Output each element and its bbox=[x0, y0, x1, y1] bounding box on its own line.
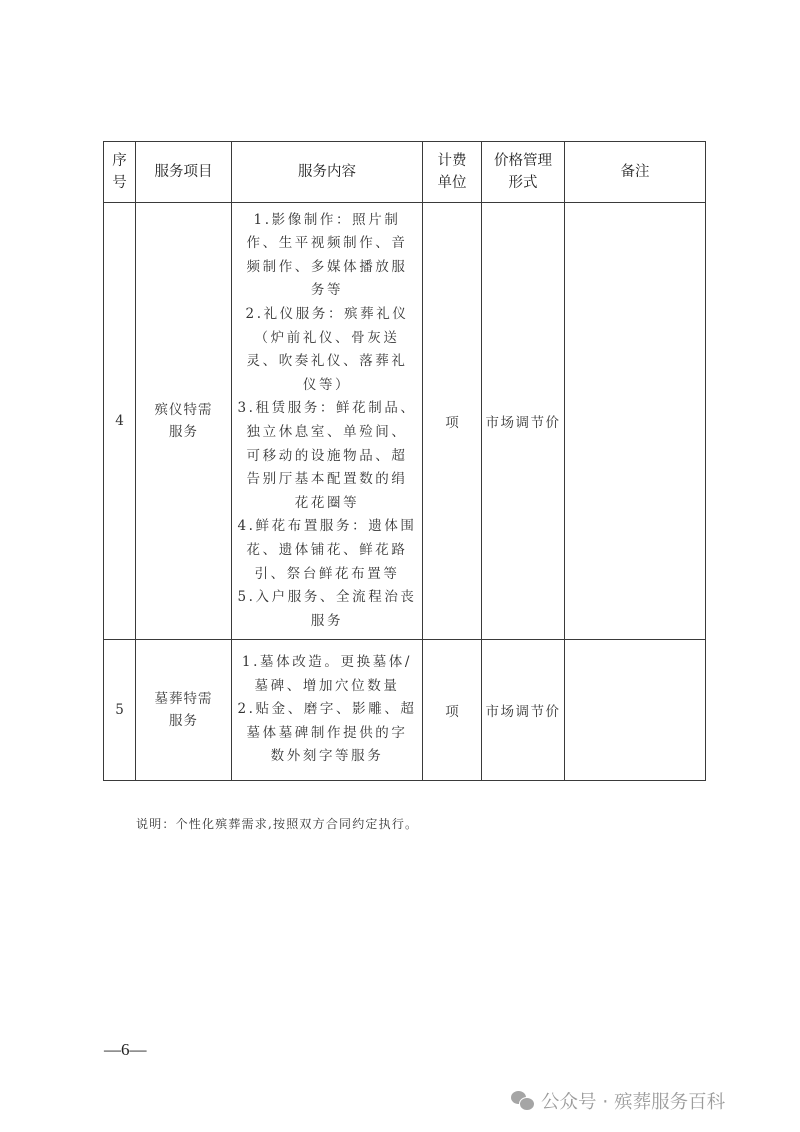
content-line: 告别厅基本配置数的绢 bbox=[232, 468, 422, 492]
content-line: 作、生平视频制作、音 bbox=[232, 232, 422, 256]
row-price-form: 市场调节价 bbox=[482, 640, 565, 781]
content-line: 仪等） bbox=[232, 374, 422, 398]
table-row: 5 墓葬特需 服务 1.墓体改造。更换墓体/ 墓碑、增加穴位数量 2.贴金、磨字… bbox=[104, 640, 706, 781]
header-price-line: 形式 bbox=[482, 172, 564, 194]
header-price-form: 价格管理 形式 bbox=[482, 142, 565, 203]
row-seq: 5 bbox=[104, 640, 136, 781]
row-price-form: 市场调节价 bbox=[482, 203, 565, 640]
header-seq: 序 号 bbox=[104, 142, 136, 203]
header-unit: 计费 单位 bbox=[423, 142, 482, 203]
row-item: 墓葬特需 服务 bbox=[136, 640, 232, 781]
header-unit-line: 单位 bbox=[423, 172, 481, 194]
row-remark bbox=[565, 640, 706, 781]
wechat-icon bbox=[511, 1091, 535, 1111]
header-price-line: 价格管理 bbox=[482, 150, 564, 172]
content-line: （炉前礼仪、骨灰送 bbox=[232, 327, 422, 351]
content-line: 1.墓体改造。更换墓体/ bbox=[232, 651, 422, 675]
content-line: 独立休息室、单殓间、 bbox=[232, 421, 422, 445]
content-line: 3.租赁服务：鲜花制品、 bbox=[232, 397, 422, 421]
content-line: 灵、吹奏礼仪、落葬礼 bbox=[232, 350, 422, 374]
header-remark: 备注 bbox=[565, 142, 706, 203]
content-line: 务等 bbox=[232, 279, 422, 303]
row-remark bbox=[565, 203, 706, 640]
content-line: 墓碑、增加穴位数量 bbox=[232, 675, 422, 699]
service-table: 序 号 服务项目 服务内容 计费 单位 价格管理 形式 备注 4 殡仪特需 服务 bbox=[103, 141, 706, 781]
content-line: 4.鲜花布置服务：遗体围 bbox=[232, 515, 422, 539]
content-line: 2.礼仪服务：殡葬礼仪 bbox=[232, 303, 422, 327]
row-unit: 项 bbox=[423, 640, 482, 781]
content-line: 1.影像制作：照片制 bbox=[232, 209, 422, 233]
table-header-row: 序 号 服务项目 服务内容 计费 单位 价格管理 形式 备注 bbox=[104, 142, 706, 203]
header-seq-line: 序 bbox=[104, 150, 135, 172]
content-line: 墓体墓碑制作提供的字 bbox=[232, 722, 422, 746]
page-number: —6— bbox=[104, 1040, 147, 1060]
row-item: 殡仪特需 服务 bbox=[136, 203, 232, 640]
item-line: 服务 bbox=[136, 421, 231, 443]
row-content: 1.影像制作：照片制 作、生平视频制作、音 频制作、多媒体播放服 务等 2.礼仪… bbox=[232, 203, 423, 640]
table-row: 4 殡仪特需 服务 1.影像制作：照片制 作、生平视频制作、音 频制作、多媒体播… bbox=[104, 203, 706, 640]
content-line: 服务 bbox=[232, 610, 422, 634]
item-line: 服务 bbox=[136, 710, 231, 732]
header-content: 服务内容 bbox=[232, 142, 423, 203]
content-line: 2.贴金、磨字、影雕、超 bbox=[232, 698, 422, 722]
header-unit-line: 计费 bbox=[423, 150, 481, 172]
content-line: 花、遗体铺花、鲜花路 bbox=[232, 539, 422, 563]
header-seq-line: 号 bbox=[104, 172, 135, 194]
content-line: 5.入户服务、全流程治丧 bbox=[232, 586, 422, 610]
row-content: 1.墓体改造。更换墓体/ 墓碑、增加穴位数量 2.贴金、磨字、影雕、超 墓体墓碑… bbox=[232, 640, 423, 781]
content-line: 频制作、多媒体播放服 bbox=[232, 256, 422, 280]
content-line: 花花圈等 bbox=[232, 492, 422, 516]
watermark: 公众号 · 殡葬服务百科 bbox=[511, 1088, 725, 1114]
header-item: 服务项目 bbox=[136, 142, 232, 203]
item-line: 殡仪特需 bbox=[136, 399, 231, 421]
content-line: 可移动的设施物品、超 bbox=[232, 445, 422, 469]
content-line: 引、祭台鲜花布置等 bbox=[232, 563, 422, 587]
item-line: 墓葬特需 bbox=[136, 688, 231, 710]
row-unit: 项 bbox=[423, 203, 482, 640]
row-seq: 4 bbox=[104, 203, 136, 640]
watermark-text: 公众号 · 殡葬服务百科 bbox=[541, 1088, 725, 1114]
table-note: 说明：个性化殡葬需求,按照双方合同约定执行。 bbox=[136, 815, 418, 832]
content-line: 数外刻字等服务 bbox=[232, 745, 422, 769]
